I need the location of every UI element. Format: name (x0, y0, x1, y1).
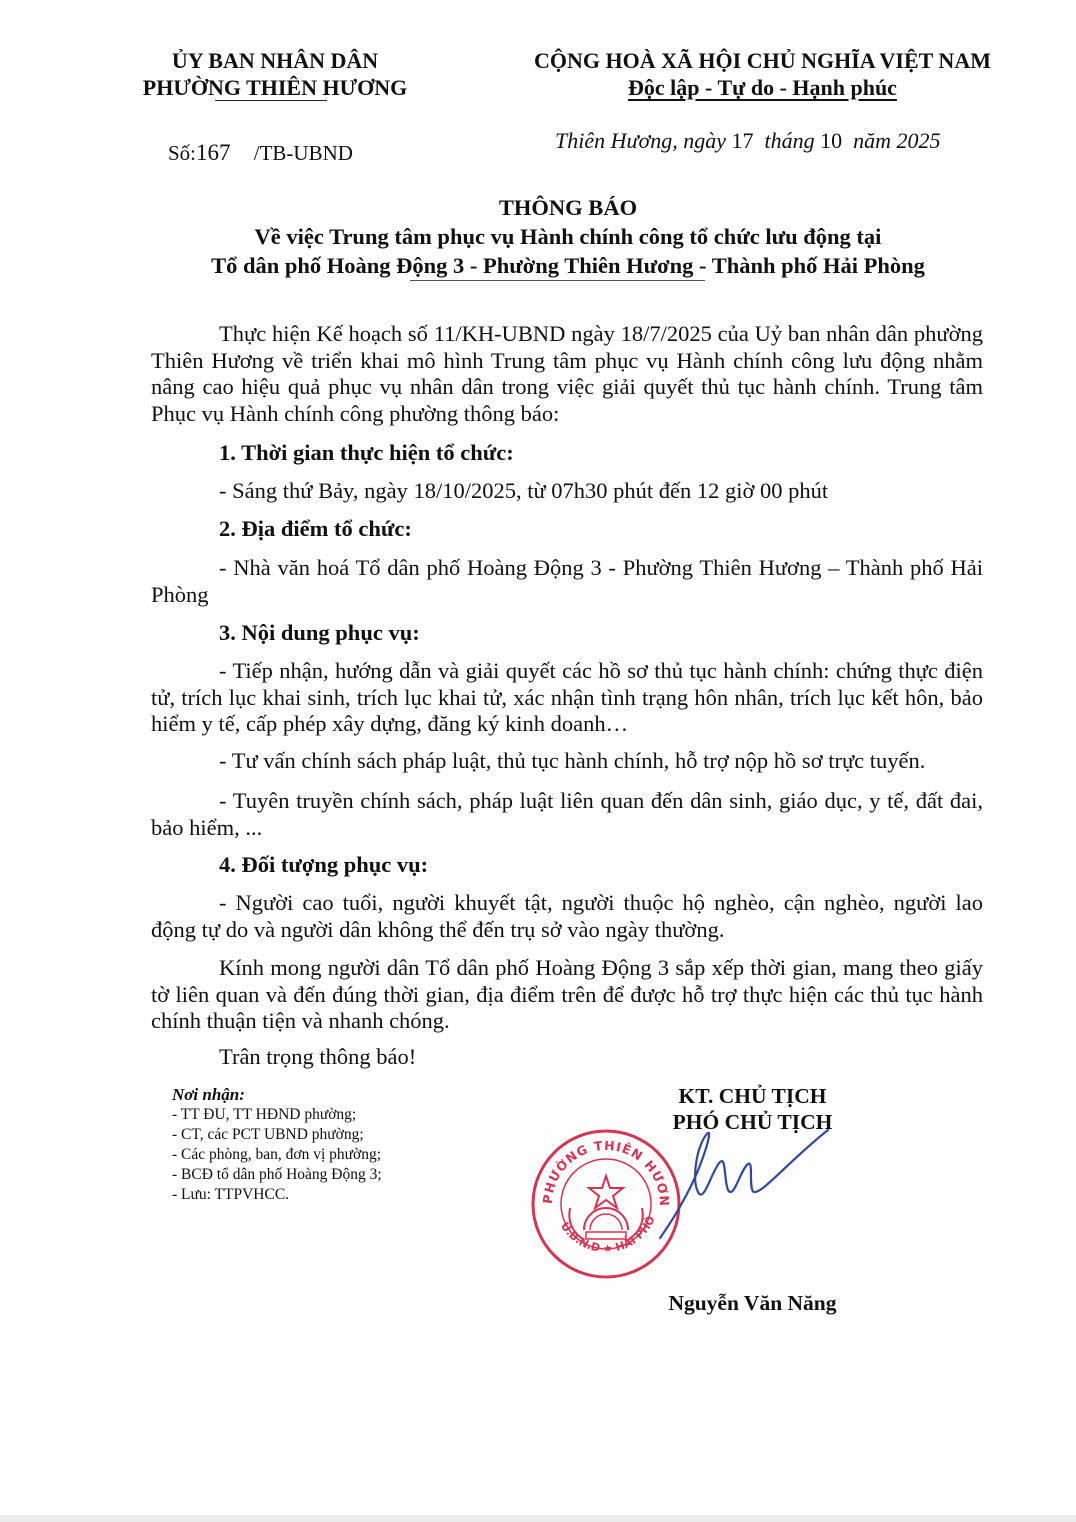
nation-line2: Độc lập - Tự do - Hạnh phúc (505, 74, 1020, 101)
intro-paragraph: Thực hiện Kế hoạch số 11/KH-UBND ngày 18… (151, 321, 983, 427)
section-heading-location: 2. Địa điểm tổ chức: (219, 516, 412, 542)
signer-name: Nguyễn Văn Năng (640, 1290, 865, 1316)
recipient-item: - BCĐ tổ dân phố Hoàng Động 3; (172, 1165, 382, 1185)
recipient-item: - CT, các PCT UBND phường; (172, 1125, 382, 1145)
recipient-item: - TT ĐU, TT HĐND phường; (172, 1105, 382, 1125)
section-heading-time: 1. Thời gian thực hiện tổ chức: (219, 440, 514, 466)
nation-line1: CỘNG HOÀ XÃ HỘI CHỦ NGHĨA VIỆT NAM (505, 47, 1020, 74)
place-date: Thiên Hương, ngày 17 tháng 10 năm 2025 (555, 128, 941, 154)
title-main: THÔNG BÁO (100, 193, 1036, 222)
recipients-list: Nơi nhận: - TT ĐU, TT HĐND phường; - CT,… (172, 1085, 382, 1205)
authority-line2: PHƯỜNG THIÊN HƯƠNG (120, 74, 430, 101)
handwritten-signature-icon (640, 1120, 830, 1240)
section-item-content-1: - Tiếp nhận, hướng dẫn và giải quyết các… (151, 658, 983, 738)
section-item-location: - Nhà văn hoá Tổ dân phố Hoàng Động 3 - … (151, 555, 983, 608)
document-number: Số:167 /TB-UBND (168, 140, 353, 166)
title-subtitle-2: Tổ dân phố Hoàng Động 3 - Phường Thiên H… (100, 251, 1036, 280)
section-item-audience: - Người cao tuổi, người khuyết tật, ngườ… (151, 890, 983, 943)
document-title: THÔNG BÁO Về việc Trung tâm phục vụ Hành… (100, 193, 1036, 280)
section-item-time: - Sáng thứ Bảy, ngày 18/10/2025, từ 07h3… (219, 478, 828, 504)
section-item-content-2: - Tư vấn chính sách pháp luật, thủ tục h… (219, 748, 984, 774)
signature-line1: KT. CHỦ TỊCH (640, 1083, 865, 1109)
recipient-item: - Các phòng, ban, đơn vị phường; (172, 1145, 382, 1165)
authority-underline (215, 100, 327, 101)
section-item-content-3: - Tuyên truyền chính sách, pháp luật liê… (151, 788, 983, 841)
recipient-item: - Lưu: TTPVHCC. (172, 1185, 382, 1205)
issuing-authority: ỦY BAN NHÂN DÂN PHƯỜNG THIÊN HƯƠNG (120, 47, 430, 101)
authority-line1: ỦY BAN NHÂN DÂN (120, 47, 430, 74)
title-subtitle-1: Về việc Trung tâm phục vụ Hành chính côn… (100, 222, 1036, 251)
national-motto: CỘNG HOÀ XÃ HỘI CHỦ NGHĨA VIỆT NAM Độc l… (505, 47, 1020, 101)
regards: Trân trọng thông báo! (219, 1044, 416, 1070)
closing-paragraph: Kính mong người dân Tổ dân phố Hoàng Độn… (151, 955, 983, 1035)
section-heading-content: 3. Nội dung phục vụ: (219, 620, 420, 646)
page-bottom-edge (0, 1515, 1076, 1522)
recipients-title: Nơi nhận: (172, 1085, 382, 1105)
section-heading-audience: 4. Đối tượng phục vụ: (219, 852, 428, 878)
title-underline (410, 280, 705, 281)
